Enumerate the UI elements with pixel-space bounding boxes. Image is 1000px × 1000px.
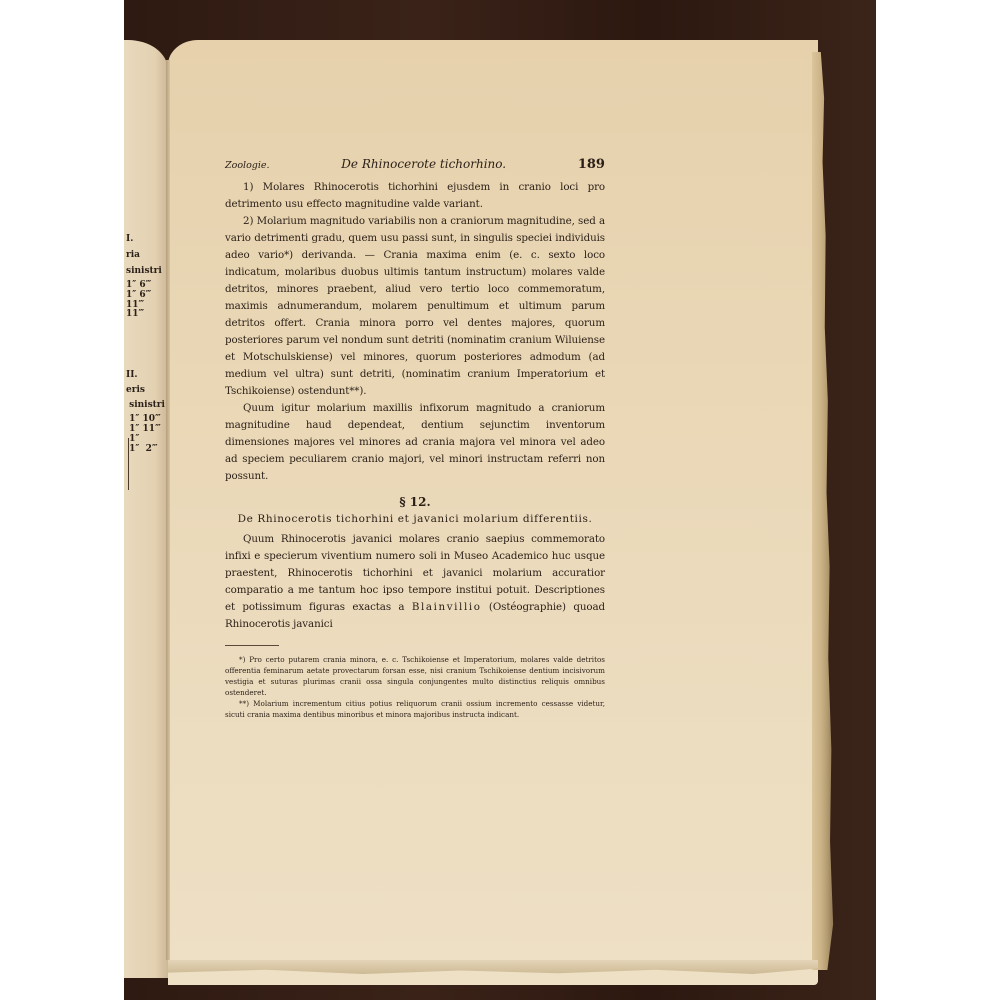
author-name: Blainvillio	[412, 601, 482, 613]
footnote-2: **) Molarium incrementum citius potius r…	[225, 698, 605, 720]
book-spine	[166, 60, 170, 960]
paragraph-3: Quum igitur molarium maxillis infixorum …	[225, 400, 605, 485]
left-page-fragment: I.	[126, 234, 133, 245]
section-number: § 12.	[225, 495, 605, 509]
left-page-fragment: 1″ 2‴	[126, 444, 158, 455]
left-page-fragment: II.	[126, 370, 138, 381]
paragraph-2: 2) Molarium magnitudo variabilis non a c…	[225, 213, 605, 400]
paragraph-1: 1) Molares Rhinocerotis tichorhini ejusd…	[225, 179, 605, 213]
left-page-fragment: sinistri	[126, 266, 162, 277]
footnote-rule	[225, 645, 279, 646]
left-page-fragment: ria	[126, 250, 140, 261]
footnote-1: *) Pro certo putarem crania minora, e. c…	[225, 654, 605, 698]
left-page-edge: I.riasinistri1″ 6‴1″ 6‴11‴11‴II.eris sin…	[124, 40, 168, 978]
running-head-subject: Zoologie.	[225, 160, 270, 171]
left-page-fragment: sinistri	[126, 400, 165, 411]
section-paragraph: Quum Rhinocerotis javanici molares crani…	[225, 531, 605, 633]
page-text-block: Zoologie. De Rhinocerote tichorhino. 189…	[225, 157, 605, 720]
running-header: Zoologie. De Rhinocerote tichorhino. 189	[225, 157, 605, 179]
section-title: De Rhinocerotis tichorhini et javanici m…	[225, 513, 605, 525]
page-number: 189	[578, 157, 605, 172]
running-head-title: De Rhinocerote tichorhino.	[341, 157, 506, 171]
left-page-fragment: 11‴	[126, 309, 144, 320]
left-page-fragment: eris	[126, 385, 145, 396]
